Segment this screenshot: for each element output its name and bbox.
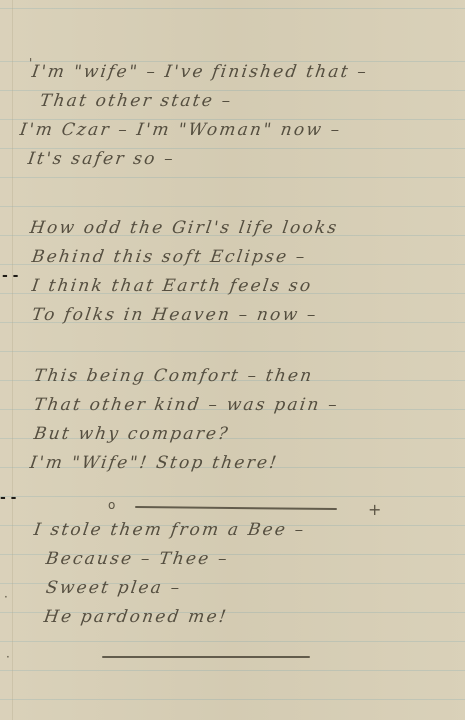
margin-dash-marks: - - bbox=[2, 268, 19, 284]
stanza-1-line-1: I'm "wife" – I've finished that – bbox=[31, 62, 370, 82]
stanza-4-line-2: Because – Thee – bbox=[45, 549, 231, 569]
stanza-2-line-3: I think that Earth feels so bbox=[31, 276, 314, 296]
paper-edge bbox=[12, 0, 13, 720]
stanza-4-line-3: Sweet plea – bbox=[45, 578, 183, 598]
stanza-3-line-2: That other kind – was pain – bbox=[33, 395, 341, 415]
margin-dot-mark: · bbox=[6, 650, 10, 664]
stanza-3-line-1: This being Comfort – then bbox=[33, 366, 315, 386]
stanza-2-line-1: How odd the Girl's life looks bbox=[29, 218, 340, 238]
stanza-1-line-2: That other state – bbox=[39, 91, 234, 111]
stanza-2-line-4: To folks in Heaven – now – bbox=[31, 305, 319, 325]
stanza-4-line-4: He pardoned me! bbox=[43, 607, 230, 627]
stanza-1-line-4: It's safer so – bbox=[27, 149, 177, 169]
section-divider-rule bbox=[135, 506, 337, 510]
divider-circle-mark: o bbox=[108, 498, 115, 512]
stanza-1-line-3: I'm Czar – I'm "Woman" now – bbox=[19, 120, 343, 140]
stanza-4-line-1: I stole them from a Bee – bbox=[33, 520, 307, 540]
stanza-3-line-3: But why compare? bbox=[33, 424, 231, 444]
margin-dash-marks-lower: - - bbox=[0, 490, 17, 506]
stanza-2-line-2: Behind this soft Eclipse – bbox=[31, 247, 308, 267]
stanza-3-line-4: I'm "Wife"! Stop there! bbox=[29, 453, 280, 473]
margin-dot-mark: · bbox=[4, 590, 8, 604]
divider-cross-mark: + bbox=[368, 500, 381, 519]
manuscript-page: ' I'm "wife" – I've finished that – That… bbox=[0, 0, 465, 720]
closing-rule bbox=[102, 656, 310, 658]
